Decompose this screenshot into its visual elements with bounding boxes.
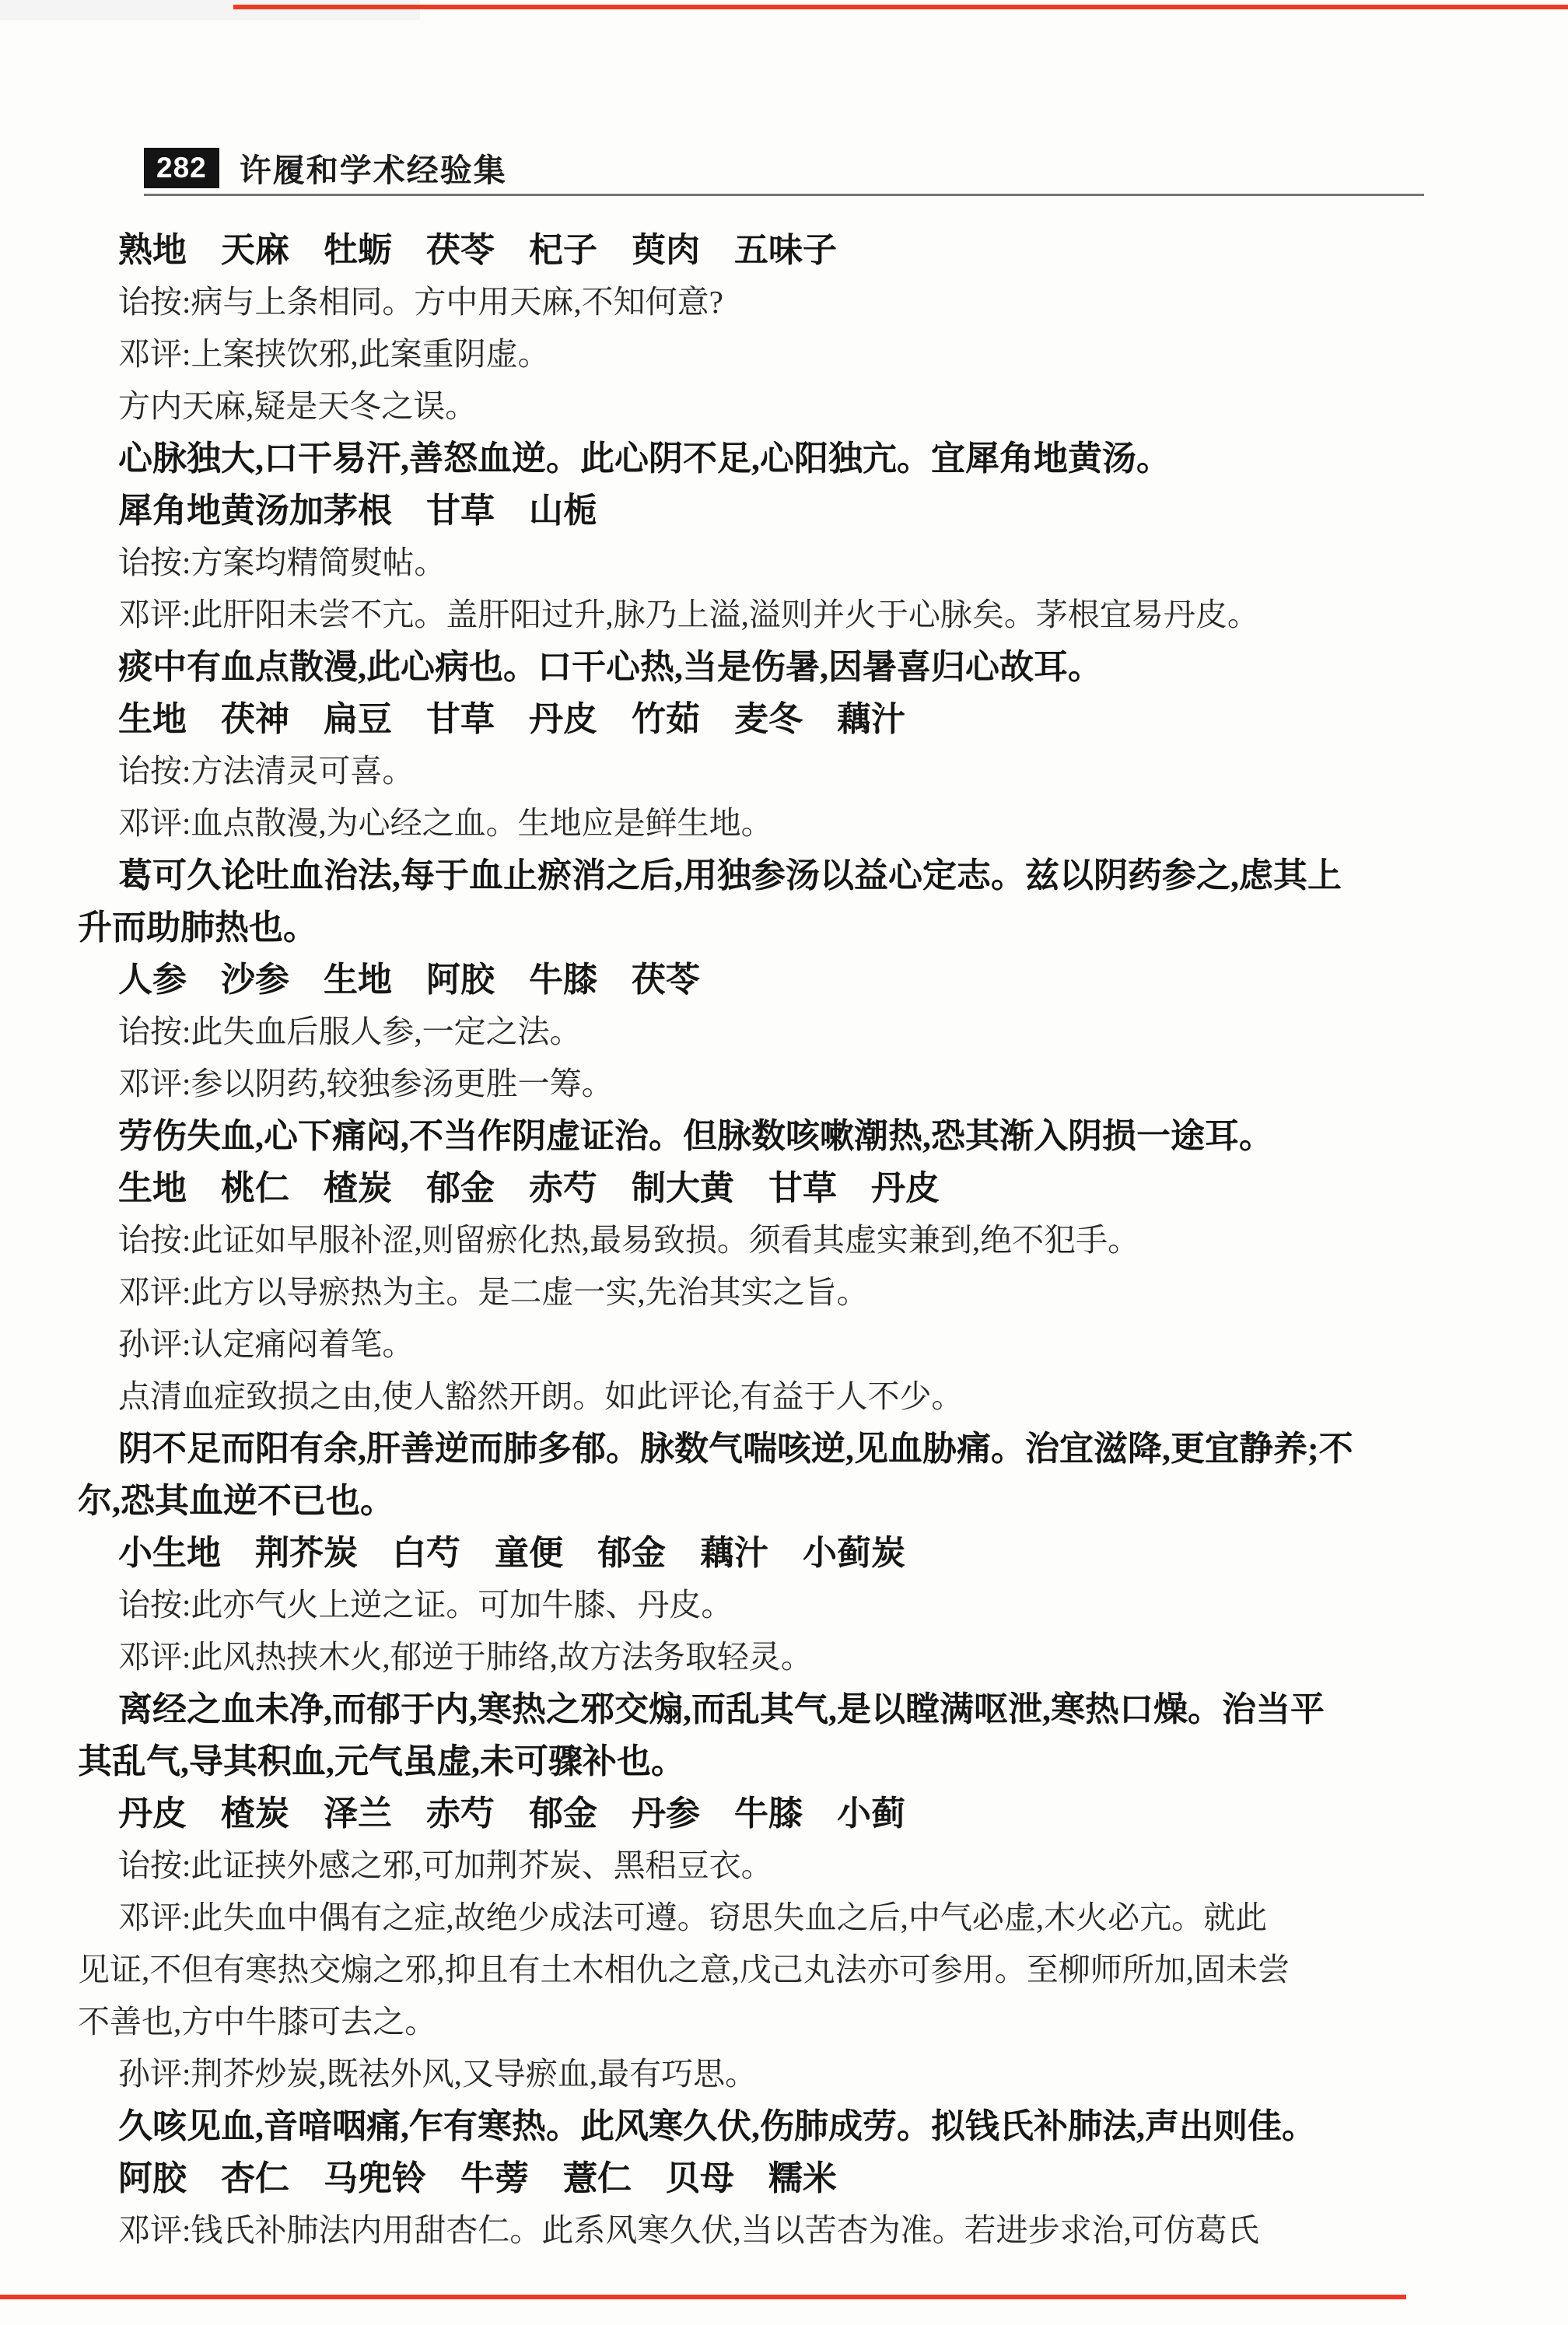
text-line: 诒按:方法清灵可喜。 bbox=[78, 745, 1501, 797]
text-line: 离经之血未净,而郁于内,寒热之邪交煽,而乱其气,是以瞠满呕泄,寒热口燥。治当平 bbox=[78, 1683, 1501, 1735]
text-line: 邓评:血点散漫,为心经之血。生地应是鲜生地。 bbox=[78, 797, 1501, 849]
text-line: 诒按:病与上条相同。方中用天麻,不知何意? bbox=[78, 276, 1501, 328]
top-edge-red-rule bbox=[233, 5, 1568, 9]
text-line: 邓评:此风热挟木火,郁逆于肺络,故方法务取轻灵。 bbox=[78, 1631, 1501, 1683]
page-body: 熟地 天麻 牡蛎 茯苓 杞子 萸肉 五味子诒按:病与上条相同。方中用天麻,不知何… bbox=[78, 224, 1501, 2257]
text-line: 诒按:此证如早服补涩,则留瘀化热,最易致损。须看其虚实兼到,绝不犯手。 bbox=[78, 1214, 1501, 1266]
text-line: 方内天麻,疑是天冬之误。 bbox=[78, 380, 1501, 432]
bottom-edge-red-rule bbox=[0, 2295, 1406, 2299]
text-line: 孙评:荆芥炒炭,既祛外风,又导瘀血,最有巧思。 bbox=[78, 2048, 1501, 2100]
text-line: 诒按:此失血后服人参,一定之法。 bbox=[78, 1006, 1501, 1058]
text-line: 邓评:参以阴药,较独参汤更胜一筹。 bbox=[78, 1058, 1501, 1110]
text-line: 丹皮 楂炭 泽兰 赤芍 郁金 丹参 牛膝 小蓟 bbox=[78, 1788, 1501, 1840]
text-line: 邓评:此方以导瘀热为主。是二虚一实,先治其实之旨。 bbox=[78, 1266, 1501, 1318]
text-line: 心脉独大,口干易汗,善怒血逆。此心阴不足,心阳独亢。宜犀角地黄汤。 bbox=[78, 432, 1501, 485]
text-line: 生地 茯神 扁豆 甘草 丹皮 竹茹 麦冬 藕汁 bbox=[78, 693, 1501, 745]
text-line: 见证,不但有寒热交煽之邪,抑且有土木相仇之意,戊己丸法亦可参用。至柳师所加,固未… bbox=[78, 1944, 1501, 1996]
text-line: 小生地 荆芥炭 白芍 童便 郁金 藕汁 小蓟炭 bbox=[78, 1527, 1501, 1579]
text-line: 人参 沙参 生地 阿胶 牛膝 茯苓 bbox=[78, 954, 1501, 1006]
text-line: 邓评:钱氏补肺法内用甜杏仁。此系风寒久伏,当以苦杏为准。若进步求治,可仿葛氏 bbox=[78, 2204, 1501, 2257]
scan-artifact-band bbox=[0, 0, 420, 20]
text-line: 阴不足而阳有余,肝善逆而肺多郁。脉数气喘咳逆,见血胁痛。治宜滋降,更宜静养;不 bbox=[78, 1423, 1501, 1475]
text-line: 犀角地黄汤加茅根 甘草 山栀 bbox=[78, 485, 1501, 537]
text-line: 劳伤失血,心下痛闷,不当作阴虚证治。但脉数咳嗽潮热,恐其渐入阴损一途耳。 bbox=[78, 1110, 1501, 1162]
text-line: 痰中有血点散漫,此心病也。口干心热,当是伤暑,因暑喜归心故耳。 bbox=[78, 641, 1501, 693]
text-line: 升而助肺热也。 bbox=[78, 902, 1501, 954]
scanned-book-page: 282 许履和学术经验集 熟地 天麻 牡蛎 茯苓 杞子 萸肉 五味子诒按:病与上… bbox=[0, 0, 1568, 2325]
text-line: 邓评:此失血中偶有之症,故绝少成法可遵。窃思失血之后,中气必虚,木火必亢。就此 bbox=[78, 1892, 1501, 1944]
text-line: 孙评:认定痛闷着笔。 bbox=[78, 1318, 1501, 1371]
text-line: 熟地 天麻 牡蛎 茯苓 杞子 萸肉 五味子 bbox=[78, 224, 1501, 276]
text-line: 邓评:此肝阳未尝不亢。盖肝阳过升,脉乃上溢,溢则并火于心脉矣。茅根宜易丹皮。 bbox=[78, 589, 1501, 641]
text-line: 诒按:此亦气火上逆之证。可加牛膝、丹皮。 bbox=[78, 1579, 1501, 1631]
text-line: 其乱气,导其积血,元气虽虚,未可骤补也。 bbox=[78, 1735, 1501, 1788]
text-line: 诒按:方案均精简熨帖。 bbox=[78, 537, 1501, 589]
page-number-badge: 282 bbox=[144, 148, 219, 188]
book-title: 许履和学术经验集 bbox=[240, 145, 507, 191]
text-line: 不善也,方中牛膝可去之。 bbox=[78, 1996, 1501, 2048]
text-line: 阿胶 杏仁 马兜铃 牛蒡 薏仁 贝母 糯米 bbox=[78, 2152, 1501, 2204]
text-line: 生地 桃仁 楂炭 郁金 赤芍 制大黄 甘草 丹皮 bbox=[78, 1162, 1501, 1214]
text-line: 葛可久论吐血治法,每于血止瘀消之后,用独参汤以益心定志。兹以阴药参之,虑其上 bbox=[78, 849, 1501, 902]
page-header: 282 许履和学术经验集 bbox=[144, 145, 507, 191]
text-line: 点清血症致损之由,使人豁然开朗。如此评论,有益于人不少。 bbox=[78, 1371, 1501, 1423]
text-line: 久咳见血,音喑咽痛,乍有寒热。此风寒久伏,伤肺成劳。拟钱氏补肺法,声出则佳。 bbox=[78, 2100, 1501, 2152]
text-line: 邓评:上案挟饮邪,此案重阴虚。 bbox=[78, 328, 1501, 380]
text-line: 诒按:此证挟外感之邪,可加荆芥炭、黑稆豆衣。 bbox=[78, 1840, 1501, 1892]
header-rule bbox=[144, 194, 1424, 196]
text-line: 尔,恐其血逆不已也。 bbox=[78, 1475, 1501, 1527]
